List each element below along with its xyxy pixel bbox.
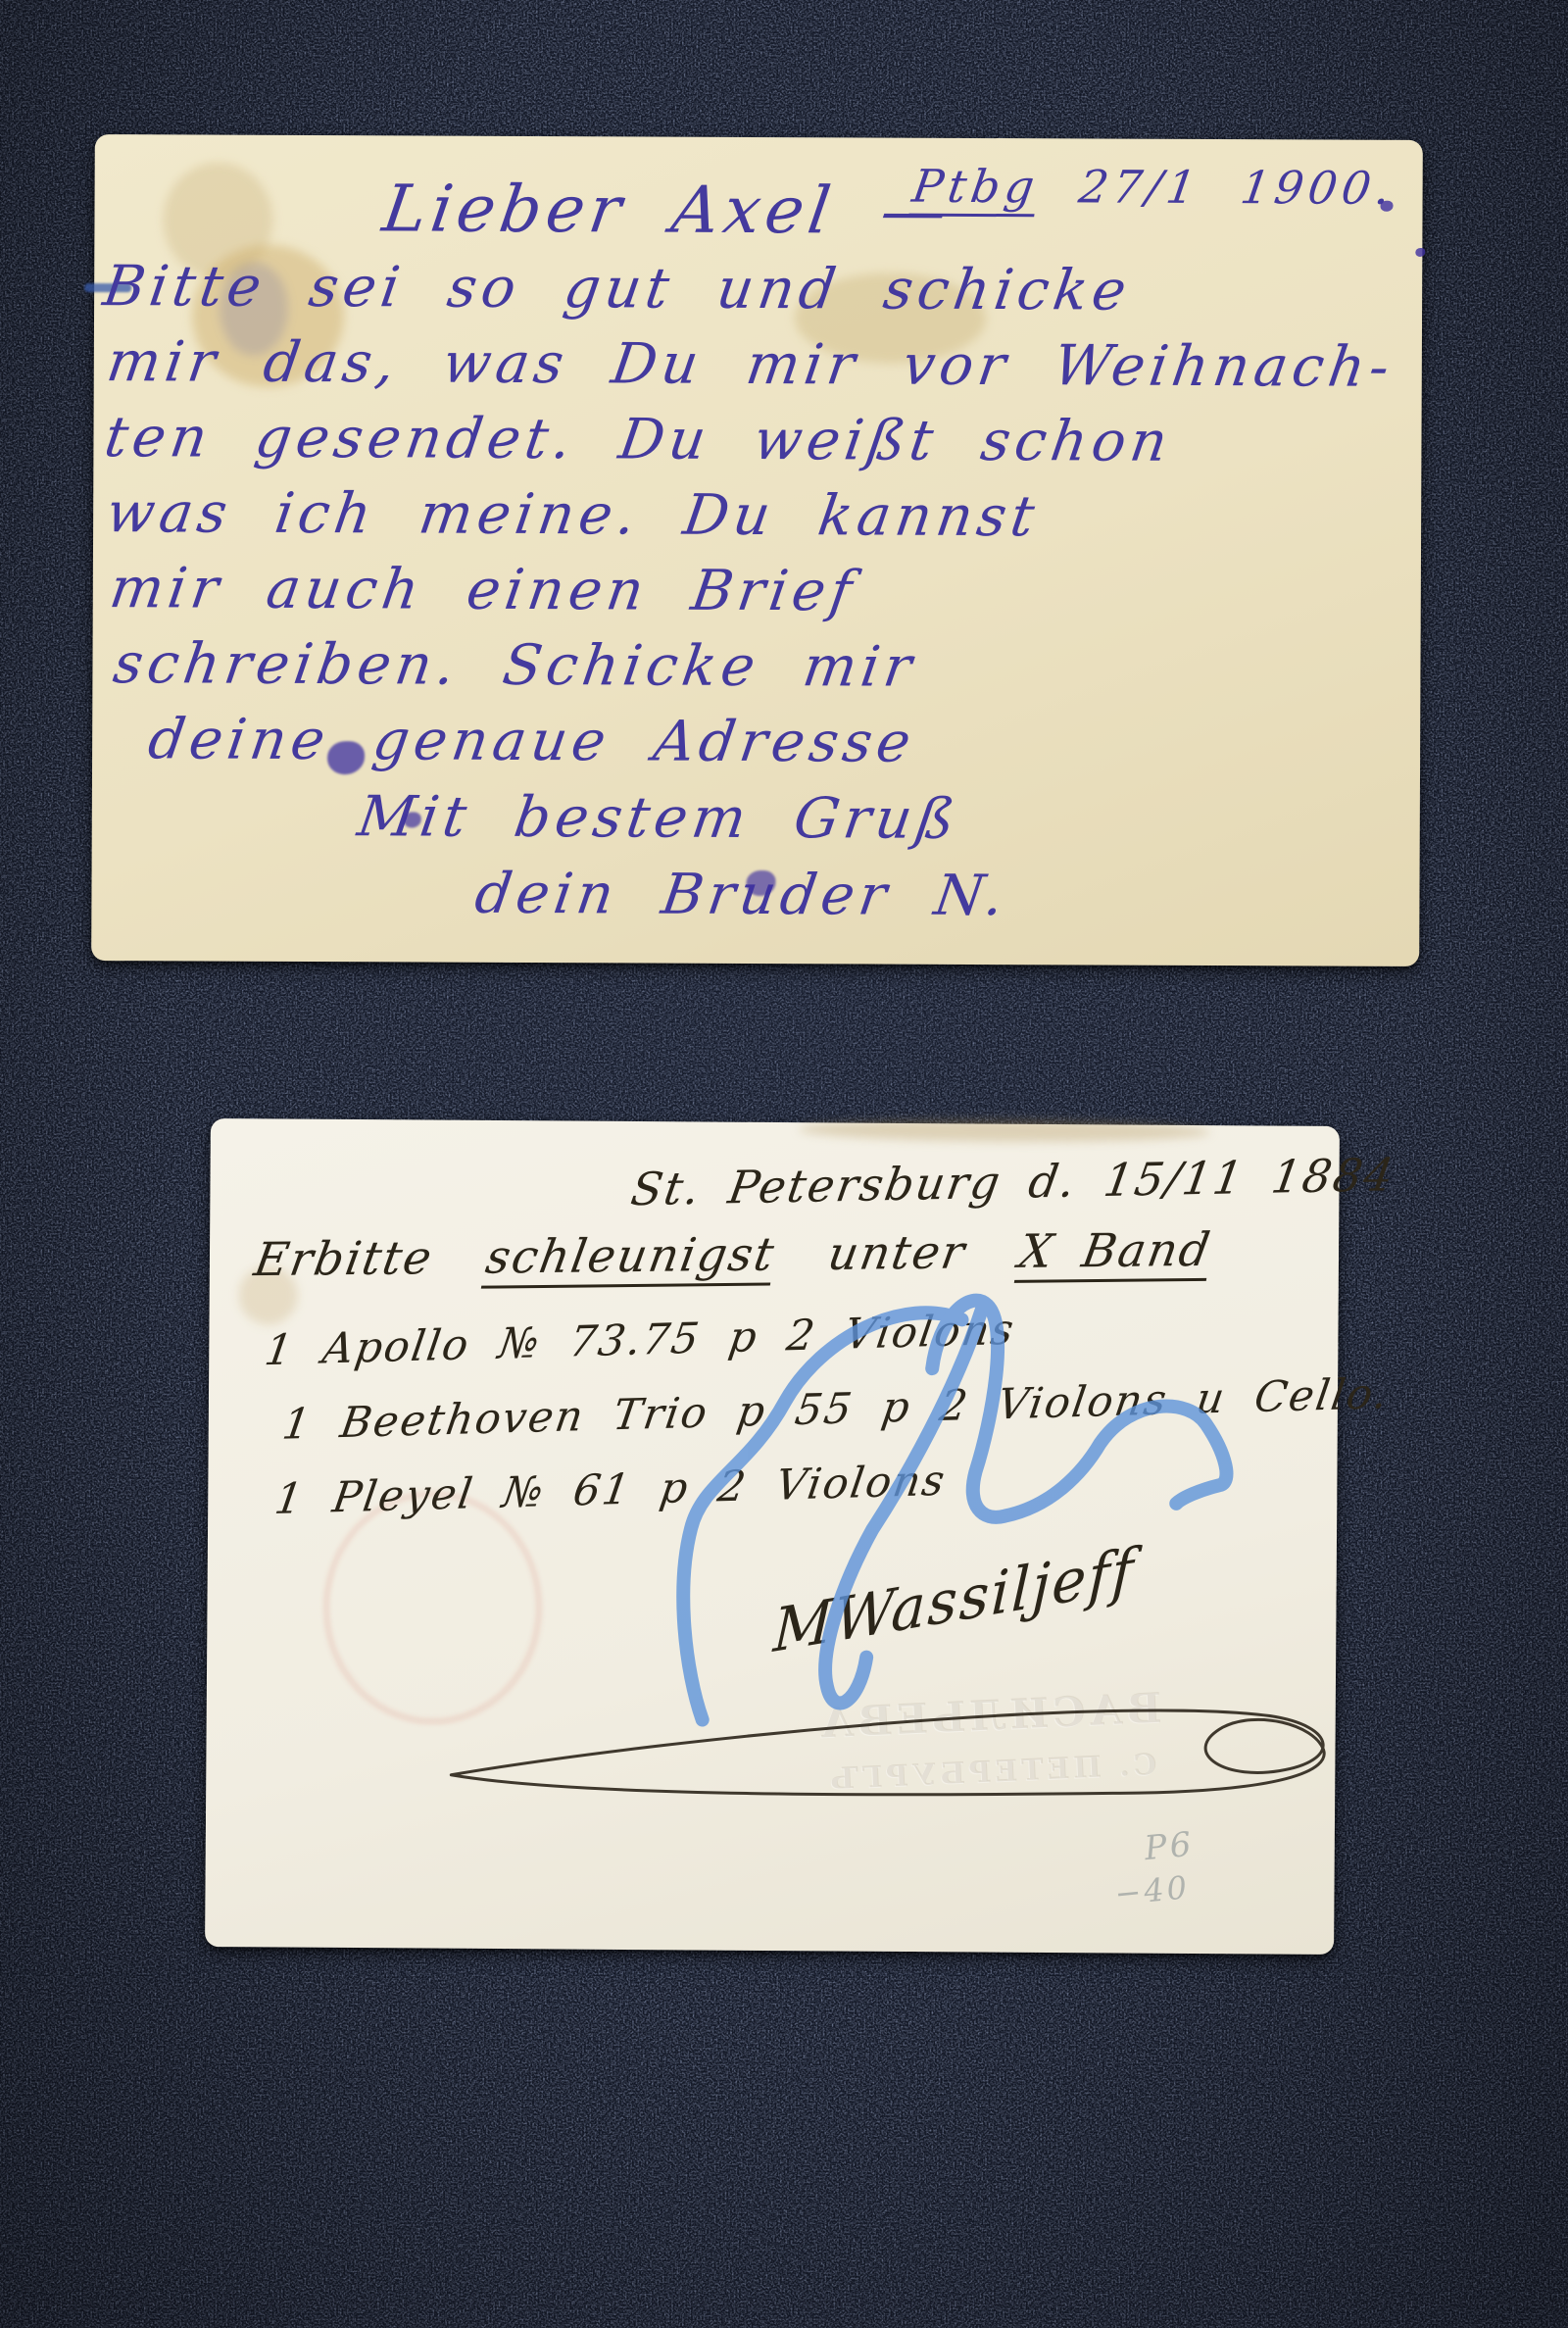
body-line: deine genaue Adresse bbox=[144, 707, 919, 774]
blue-crayon-mark bbox=[616, 1259, 1327, 1901]
body-line: mir auch einen Brief bbox=[106, 556, 860, 623]
body-line: Bitte sei so gut und schicke bbox=[99, 254, 1135, 323]
closing-line: Mit bestem Gruß bbox=[354, 784, 963, 852]
dateline-date: 27/1 1900. bbox=[1076, 160, 1398, 214]
dateline: St. Petersburg d. 15/11 1884 bbox=[627, 1148, 1398, 1215]
salutation: Lieber Axel — bbox=[378, 171, 956, 248]
request-word: Erbitte bbox=[250, 1231, 437, 1287]
postcard-1884: ВАСИЛЬЕВА С. ПЕТЕРБУРГЪ St. Petersburg d… bbox=[205, 1118, 1340, 1955]
body-line: schreiben. Schicke mir bbox=[110, 631, 921, 700]
postcard-1900: Ptbg 27/1 1900. Lieber Axel — Bitte sei … bbox=[91, 134, 1423, 966]
body-line: was ich meine. Du kannst bbox=[102, 480, 1043, 549]
closing-line: dein Bruder N. bbox=[471, 862, 1013, 928]
dateline: Ptbg 27/1 1900. bbox=[909, 160, 1398, 215]
body-line: ten gesendet. Du weißt schon bbox=[101, 405, 1177, 474]
body-line: mir das, was Du mir vor Weihnach- bbox=[103, 329, 1398, 400]
